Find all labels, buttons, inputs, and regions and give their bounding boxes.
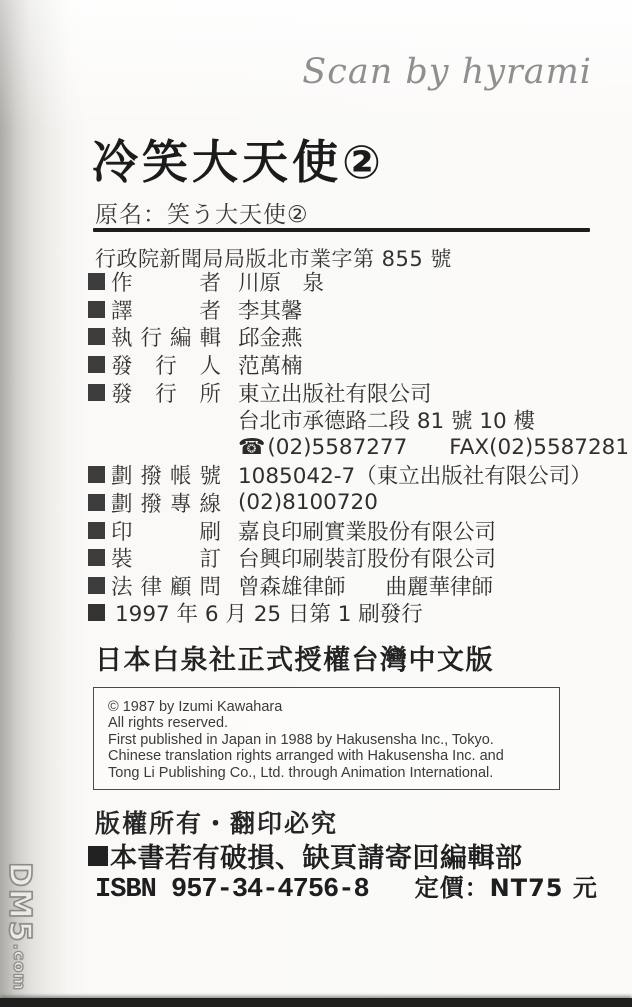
copyright-line: Tong Li Publishing Co., Ltd. through Ani… bbox=[108, 765, 545, 781]
colophon-row-postal-hotline: 劃撥專線 (02)8100720 bbox=[88, 489, 623, 517]
original-title: 原名：笑う大天使② bbox=[95, 196, 309, 229]
colophon-row-publisher-person: 發行人 范萬楠 bbox=[88, 351, 623, 379]
row-label: 印刷 bbox=[111, 515, 221, 546]
fax-number: FAX(02)5587281 bbox=[449, 435, 629, 460]
row-value: 1085042-7（東立出版社有限公司） bbox=[238, 459, 592, 490]
row-value: 邱金燕 bbox=[238, 321, 303, 352]
colophon-row-translator: 譯者 李其馨 bbox=[88, 296, 623, 324]
colophon-row-printer: 印刷 嘉良印刷實業股份有限公司 bbox=[88, 516, 623, 544]
copyright-line: All rights reserved. bbox=[108, 715, 545, 731]
square-bullet-icon bbox=[88, 356, 105, 373]
colophon-row-legal: 法律顧問 曾森雄律師 曲麗華律師 bbox=[88, 572, 623, 600]
phone-icon: ☎ bbox=[238, 435, 265, 460]
row-label: 劃撥專線 bbox=[111, 487, 221, 518]
square-bullet-icon bbox=[88, 466, 105, 483]
square-bullet-icon bbox=[88, 328, 105, 345]
scan-bottom-edge bbox=[0, 998, 632, 1007]
title-divider bbox=[93, 228, 590, 232]
row-label: 劃撥帳號 bbox=[111, 459, 221, 490]
square-bullet-icon bbox=[88, 577, 105, 594]
colophon-row-publisher-company: 發行所 東立出版社有限公司 bbox=[88, 378, 623, 406]
square-bullet-icon bbox=[88, 273, 105, 290]
scanner-credit: Scan by hyrami bbox=[302, 52, 592, 92]
row-label: 發行人 bbox=[111, 349, 221, 380]
lawyer-secondary: 曲麗華律師 bbox=[386, 570, 494, 601]
dm5-watermark: DM5.com bbox=[2, 862, 37, 1002]
row-value: 東立出版社有限公司 bbox=[238, 377, 432, 408]
page-curl-shadow bbox=[0, 0, 70, 1007]
copyright-line: First published in Japan in 1988 by Haku… bbox=[108, 732, 545, 748]
lawyer-primary: 曾森雄律師 bbox=[238, 570, 346, 601]
row-label: 譯者 bbox=[111, 294, 221, 325]
colophon-row-binder: 裝訂 台興印刷裝訂股份有限公司 bbox=[88, 544, 623, 572]
dm5-logo-suffix: .com bbox=[10, 944, 29, 991]
row-label: 發行所 bbox=[111, 377, 221, 408]
colophon-row-editor: 執行編輯 邱金燕 bbox=[88, 323, 623, 351]
isbn-price-row: ISBN 957-34-4756-8 定價：NT75 元 bbox=[95, 868, 598, 905]
row-value: 嘉良印刷實業股份有限公司 bbox=[238, 515, 496, 546]
row-value: 范萬楠 bbox=[238, 349, 303, 380]
colophon-row-author: 作者 川原 泉 bbox=[88, 268, 623, 296]
print-date-row: 1997 年 6 月 25 日第 1 刷發行 bbox=[88, 599, 623, 627]
square-bullet-icon bbox=[88, 549, 105, 566]
square-bullet-icon bbox=[88, 494, 105, 511]
row-label: 執行編輯 bbox=[111, 321, 221, 352]
square-bullet-icon bbox=[88, 522, 105, 539]
rights-notice: 版權所有・翻印必究 bbox=[95, 804, 338, 840]
book-title: 冷笑大天使② bbox=[92, 126, 385, 192]
row-label: 裝訂 bbox=[111, 542, 221, 573]
scanned-colophon-page: Scan by hyrami 冷笑大天使② 原名：笑う大天使② 行政院新聞局局版… bbox=[0, 0, 632, 1007]
copyright-line: © 1987 by Izumi Kawahara bbox=[108, 699, 545, 715]
publisher-phone-line: ☎ (02)5587277 FAX(02)5587281 bbox=[88, 434, 623, 462]
square-bullet-icon bbox=[88, 301, 105, 318]
row-value: (02)8100720 bbox=[238, 490, 378, 515]
square-bullet-icon bbox=[88, 384, 105, 401]
row-value: 台興印刷裝訂股份有限公司 bbox=[238, 542, 496, 573]
phone-number: (02)5587277 bbox=[267, 435, 407, 460]
publisher-address: 台北市承德路二段 81 號 10 樓 bbox=[88, 406, 623, 434]
isbn: ISBN 957-34-4756-8 bbox=[95, 875, 369, 905]
row-value: 李其馨 bbox=[238, 294, 303, 325]
dm5-logo-text: DM5 bbox=[2, 862, 37, 944]
row-value: 川原 泉 bbox=[238, 266, 324, 297]
square-bullet-icon bbox=[88, 846, 108, 866]
row-label: 法律顧問 bbox=[111, 570, 221, 601]
print-date: 1997 年 6 月 25 日第 1 刷發行 bbox=[115, 597, 423, 628]
square-bullet-icon bbox=[88, 604, 105, 621]
colophon-row-postal-account: 劃撥帳號 1085042-7（東立出版社有限公司） bbox=[88, 461, 623, 489]
authorization-line: 日本白泉社正式授權台灣中文版 bbox=[95, 638, 494, 677]
copyright-line: Chinese translation rights arranged with… bbox=[108, 748, 545, 764]
price: 定價：NT75 元 bbox=[415, 868, 598, 903]
colophon-list: 作者 川原 泉 譯者 李其馨 執行編輯 邱金燕 發行人 范萬楠 發行所 東立出版… bbox=[88, 268, 623, 627]
row-label: 作者 bbox=[111, 266, 221, 297]
copyright-box: © 1987 by Izumi Kawahara All rights rese… bbox=[93, 687, 560, 790]
